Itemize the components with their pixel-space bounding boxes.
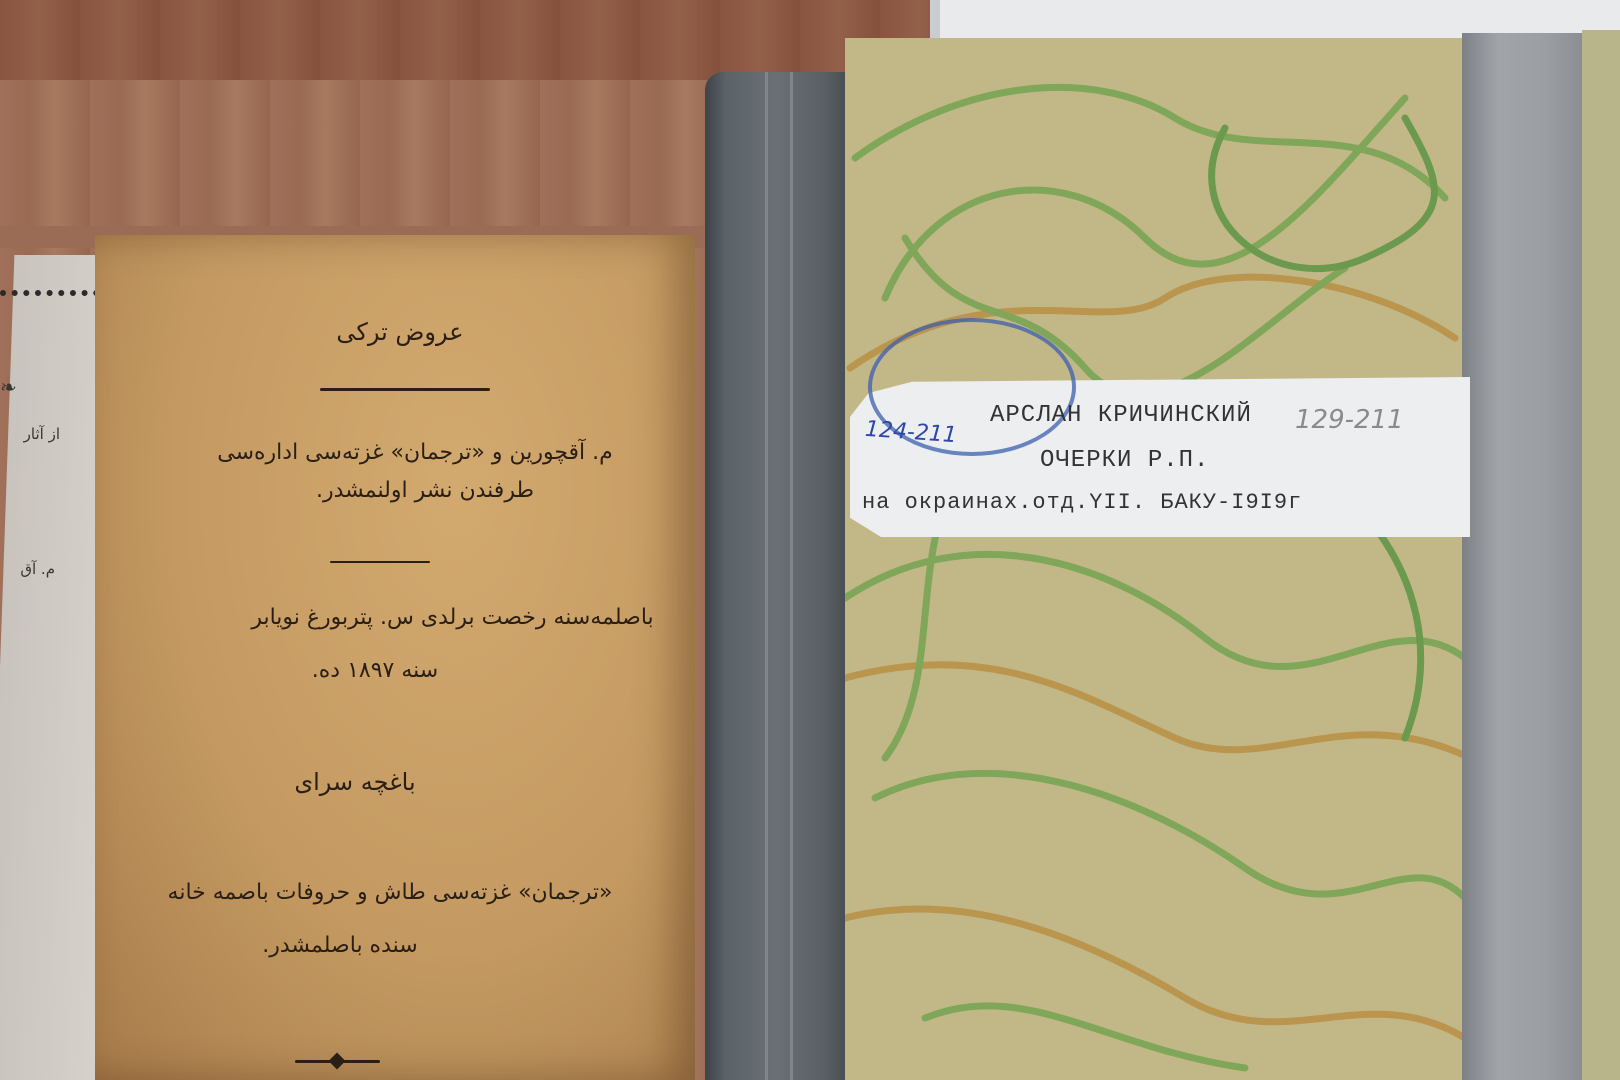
page-line: باغچه سرای bbox=[290, 768, 420, 796]
label-title: ОЧЕРКИ Р.П. bbox=[1040, 447, 1209, 474]
page-line: باصلمه‌سنه رخصت برلدی س. پتربورغ نویابر bbox=[225, 605, 680, 630]
pencil-number: 129-211 bbox=[1295, 405, 1404, 435]
desk-back-edge bbox=[0, 0, 930, 80]
adjacent-book-spine bbox=[1462, 33, 1582, 1080]
marbled-cover bbox=[845, 38, 1470, 1080]
adjacent-book-cover bbox=[1582, 30, 1620, 1080]
book-spine bbox=[705, 72, 845, 1080]
back-page-line: م. آق bbox=[0, 560, 55, 578]
ornament-icon: ❧ bbox=[0, 375, 17, 399]
page-title: عروض ترکی bbox=[250, 318, 550, 346]
label-subtitle: на окраинах.отд.YII. БАКУ-I9I9г bbox=[862, 490, 1302, 515]
page-line: سنده باصلمشدر. bbox=[240, 933, 440, 958]
title-rule-ornament bbox=[320, 388, 490, 391]
page-line: طرفندن نشر اولنمشدر. bbox=[260, 478, 590, 503]
spine-ridge bbox=[765, 72, 768, 1080]
divider-ornament bbox=[330, 561, 430, 563]
page-line: «ترجمان» غزته‌سی طاش و حروفات باصمه خانه bbox=[110, 880, 670, 905]
spine-ridge bbox=[790, 72, 793, 1080]
label-author: АРСЛАН КРИЧИНСКИЙ bbox=[990, 402, 1252, 429]
back-page-line: از آثار bbox=[0, 425, 60, 443]
marble-pattern bbox=[845, 38, 1470, 1080]
page-line: سنه ۱۸۹۷ ده. bbox=[280, 658, 470, 683]
page-line: م. آقچورين و «ترجمان» غزته‌سی اداره‌سی bbox=[150, 440, 680, 465]
